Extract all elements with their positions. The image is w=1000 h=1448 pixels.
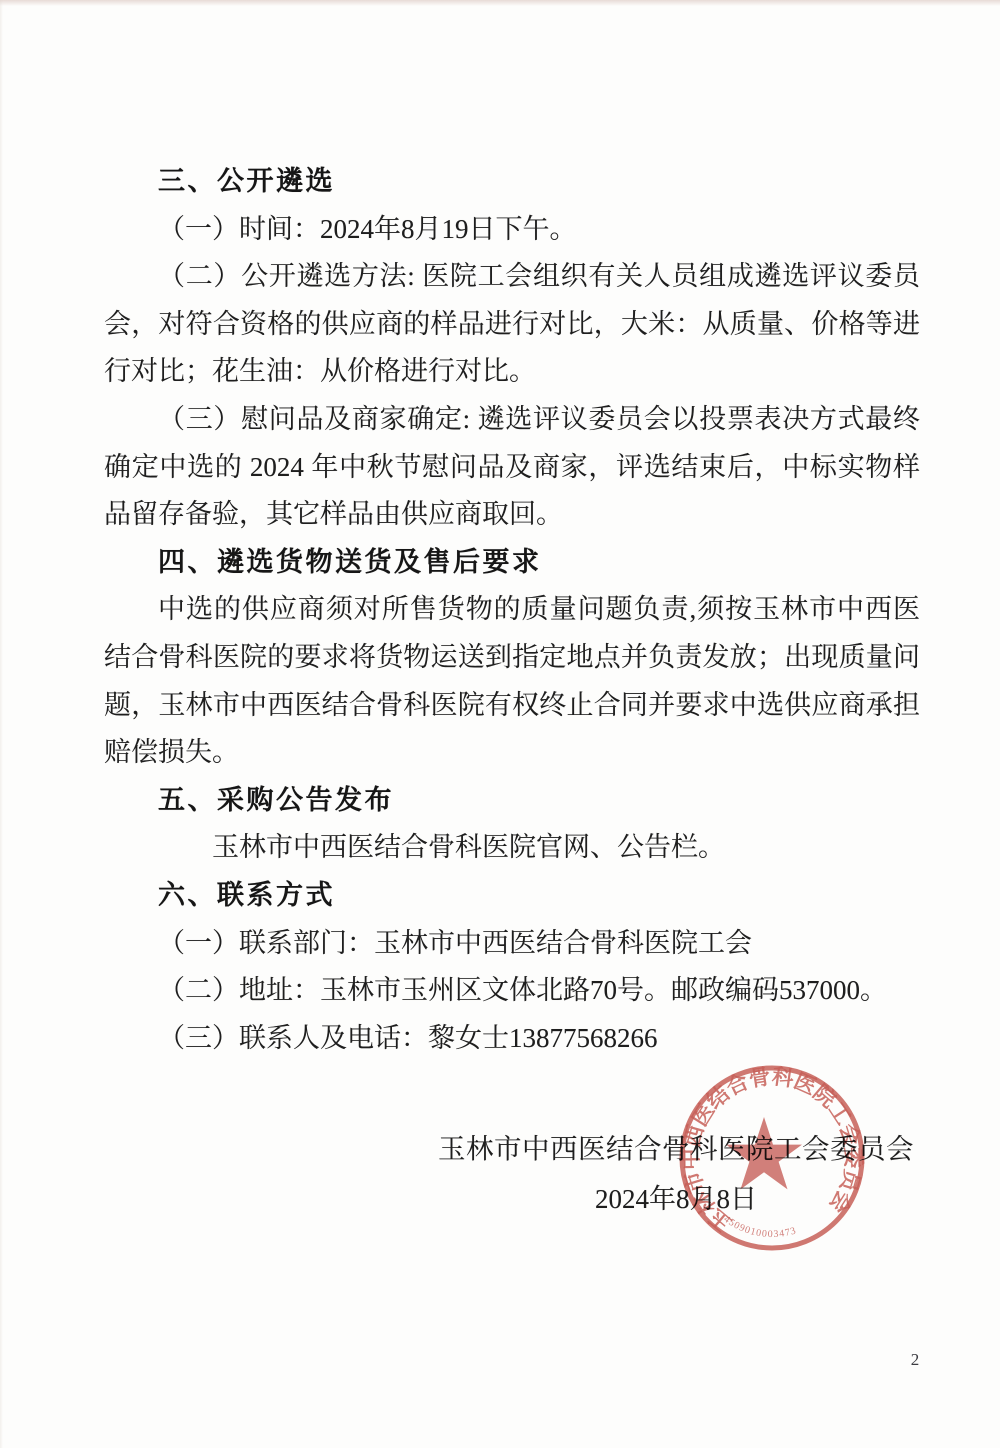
scan-edge-artifact-left	[0, 0, 3, 1448]
document-body: 三、公开遴选 （一）时间：2024年8月19日下午。 （二）公开遴选方法: 医院…	[104, 158, 920, 1062]
para-contact-address: （二）地址：玉林市玉州区文体北路70号。邮政编码537000。	[104, 967, 920, 1015]
para-contact-department: （一）联系部门：玉林市中西医结合骨科医院工会	[104, 920, 920, 968]
scan-edge-artifact-top	[0, 0, 1000, 6]
section-heading-delivery: 四、遴选货物送货及售后要求	[104, 539, 920, 587]
section-heading-contact: 六、联系方式	[104, 872, 920, 920]
signature-org: 玉林市中西医结合骨科医院工会委员会	[438, 1134, 914, 1164]
para-selection-method: （二）公开遴选方法: 医院工会组织有关人员组成遴选评议委员会，对符合资格的供应商…	[104, 253, 920, 396]
section-heading-public-selection: 三、公开遴选	[104, 158, 920, 206]
seal-serial-number: 4509010003473	[721, 1213, 799, 1241]
signature-block: 玉林市中西医结合骨科医院工会委员会 2024年8月8日	[438, 1134, 914, 1214]
para-delivery-requirements: 中选的供应商须对所售货物的质量问题负责,须按玉林市中西医结合骨科医院的要求将货物…	[104, 586, 920, 776]
para-selection-result: （三）慰问品及商家确定: 遴选评议委员会以投票表决方式最终确定中选的 2024 …	[104, 396, 920, 539]
para-announcement-channels: 玉林市中西医结合骨科医院官网、公告栏。	[104, 824, 920, 872]
para-contact-person: （三）联系人及电话：黎女士13877568266	[104, 1015, 920, 1063]
page-number: 2	[905, 1350, 925, 1370]
para-selection-time: （一）时间：2024年8月19日下午。	[104, 206, 920, 254]
signature-date: 2024年8月8日	[438, 1184, 914, 1214]
section-heading-announcement: 五、采购公告发布	[104, 777, 920, 825]
